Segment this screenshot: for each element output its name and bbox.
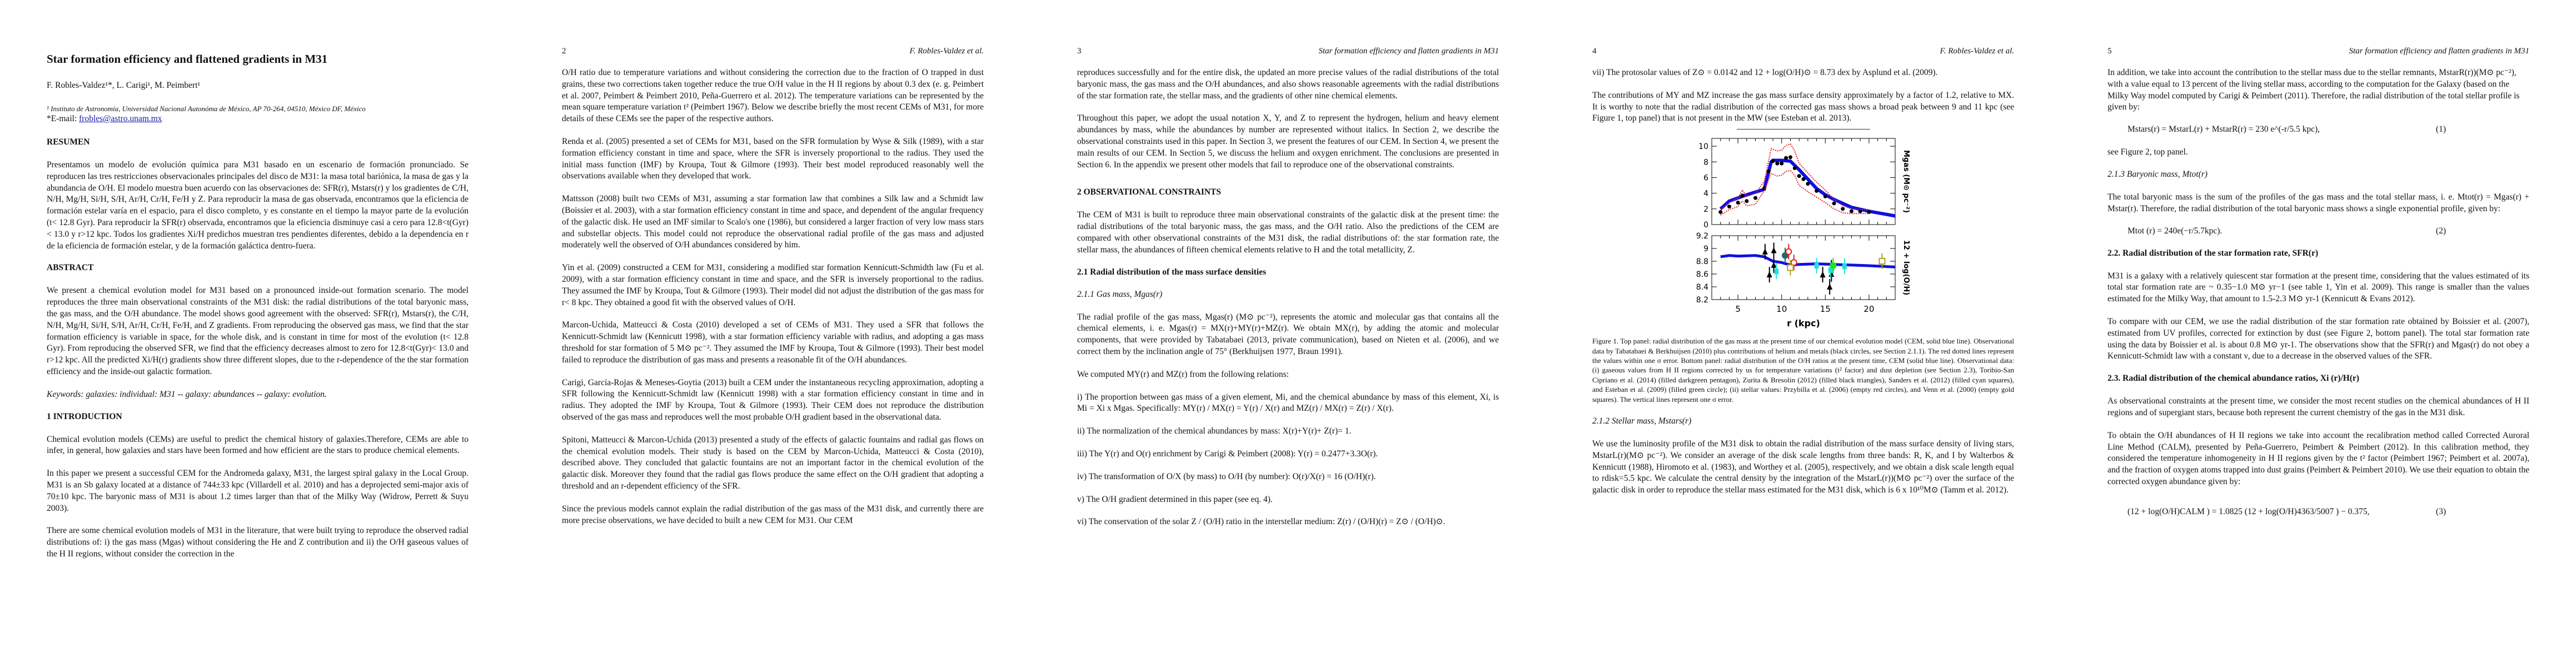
- running-title: F. Robles-Valdez et al.: [910, 47, 984, 56]
- page-number: 2: [562, 47, 566, 56]
- equation-2-number: (2): [2436, 226, 2446, 236]
- paragraph: We computed MY(r) and MZ(r) from the fol…: [1077, 369, 1499, 381]
- equation-1-body: Mstars(r) = MstarL(r) + MstarR(r) = 230 …: [2127, 125, 2320, 135]
- divider: [1737, 129, 1870, 130]
- relation-item: iv) The transformation of O/X (by mass) …: [1077, 471, 1499, 483]
- affiliation: ¹ Instituto de Astronomía, Universidad N…: [47, 104, 469, 114]
- svg-text:9.2: 9.2: [1696, 232, 1708, 241]
- paragraph: We use the luminosity profile of the M31…: [1592, 439, 2014, 496]
- page-5: 5 Star formation efficiency and flatten …: [2061, 0, 2576, 667]
- paragraph: Spitoni, Matteucci & Marcon-Uchida (2013…: [562, 435, 984, 492]
- paragraph: The radial profile of the gas mass, Mgas…: [1077, 312, 1499, 358]
- svg-text:5: 5: [1735, 304, 1741, 314]
- email-line: *E-mail: frobles@astro.unam.mx: [47, 114, 469, 124]
- page-number: 5: [2107, 47, 2112, 56]
- resumen-text: Presentamos un modelo de evolución quími…: [47, 160, 469, 252]
- running-title: Star formation efficiency and flatten gr…: [1318, 47, 1499, 56]
- page-number: 3: [1077, 47, 1082, 56]
- email-label: *E-mail:: [47, 114, 79, 123]
- paragraph: Carigi, García-Rojas & Meneses-Goytia (2…: [562, 377, 984, 424]
- paper-title: Star formation efficiency and flattened …: [47, 52, 469, 66]
- svg-text:8.2: 8.2: [1696, 296, 1708, 305]
- figure-caption: Figure 1. Top panel: radial distribution…: [1592, 336, 2014, 404]
- section-2-1-heading: 2.1 Radial distribution of the mass surf…: [1077, 267, 1499, 277]
- section-2-3-heading: 2.3. Radial distribution of the chemical…: [2107, 374, 2529, 384]
- equation-1-number: (1): [2436, 125, 2446, 135]
- paragraph: see Figure 2, top panel.: [2107, 147, 2529, 158]
- svg-text:8.4: 8.4: [1696, 283, 1708, 292]
- svg-text:0: 0: [1703, 221, 1708, 230]
- svg-text:15: 15: [1820, 304, 1830, 314]
- page-3: 3 Star formation efficiency and flatten …: [1030, 0, 1546, 667]
- email-link[interactable]: frobles@astro.unam.mx: [79, 114, 162, 123]
- page-1: Star formation efficiency and flattened …: [0, 0, 515, 667]
- running-title: F. Robles-Valdez et al.: [1940, 47, 2014, 56]
- svg-text:20: 20: [1864, 304, 1874, 314]
- running-title: Star formation efficiency and flatten gr…: [2349, 47, 2529, 56]
- paragraph: Yin et al. (2009) constructed a CEM for …: [562, 262, 984, 308]
- equation-3-number: (3): [2436, 507, 2446, 517]
- svg-text:6: 6: [1703, 174, 1708, 183]
- abstract-text: We present a chemical evolution model fo…: [47, 285, 469, 377]
- paragraph: Marcon-Uchida, Matteucci & Costa (2010) …: [562, 320, 984, 366]
- paragraph: In addition, we take into account the co…: [2107, 67, 2529, 113]
- author-list: F. Robles-Valdez¹*, L. Carigi¹, M. Peimb…: [47, 81, 469, 91]
- section-2-1-2-heading: 2.1.2 Stellar mass, Mstars(r): [1592, 416, 2014, 426]
- relation-item: i) The proportion between gas mass of a …: [1077, 392, 1499, 415]
- page-4: 4 F. Robles-Valdez et al. vii) The proto…: [1546, 0, 2061, 667]
- page-number: 4: [1592, 47, 1597, 56]
- relation-item: vi) The conservation of the solar Z / (O…: [1077, 516, 1499, 528]
- relation-item: ii) The normalization of the chemical ab…: [1077, 426, 1499, 437]
- svg-text:4: 4: [1703, 190, 1708, 198]
- equation-3-body: (12 + log(O/H)CALM ) = 1.0825 (12 + log(…: [2127, 507, 2369, 517]
- svg-text:2: 2: [1703, 205, 1708, 214]
- paragraph: M31 is a galaxy with a relatively quiesc…: [2107, 271, 2529, 305]
- relation-item: vii) The protosolar values of Z⊙ = 0.014…: [1592, 67, 2014, 79]
- equation-2: Mtot (r) = 240e(−r/5.7kpc). (2): [2107, 226, 2529, 236]
- paragraph: Renda et al. (2005) presented a set of C…: [562, 136, 984, 182]
- paragraph: The total baryonic mass is the sum of th…: [2107, 192, 2529, 215]
- paragraph: Since the previous models cannot explain…: [562, 504, 984, 527]
- section-2-heading: 2 OBSERVATIONAL CONSTRAINTS: [1077, 187, 1499, 197]
- paragraph: To obtain the O/H abundances of H II reg…: [2107, 430, 2529, 488]
- svg-text:8.8: 8.8: [1696, 257, 1708, 266]
- running-head: 4 F. Robles-Valdez et al.: [1592, 47, 2014, 56]
- resumen-heading: RESUMEN: [47, 137, 469, 147]
- paragraph: The CEM of M31 is built to reproduce thr…: [1077, 210, 1499, 256]
- svg-text:Mgas (M⊙ pc⁻²): Mgas (M⊙ pc⁻²): [1902, 150, 1910, 213]
- introduction-heading: 1 INTRODUCTION: [47, 412, 469, 422]
- section-2-1-3-heading: 2.1.3 Baryonic mass, Mtot(r): [2107, 170, 2529, 180]
- relation-item: v) The O/H gradient determined in this p…: [1077, 494, 1499, 506]
- running-head: 5 Star formation efficiency and flatten …: [2107, 47, 2529, 56]
- paragraph: The contributions of MY and MZ increase …: [1592, 90, 2014, 125]
- svg-text:r (kpc): r (kpc): [1787, 318, 1820, 328]
- paragraph: Mattsson (2008) built two CEMs of M31, a…: [562, 193, 984, 251]
- svg-text:10: 10: [1776, 304, 1787, 314]
- keywords: Keywords: galaxies: individual: M31 -- g…: [47, 389, 469, 401]
- paragraph: Chemical evolution models (CEMs) are use…: [47, 434, 469, 457]
- svg-text:8: 8: [1703, 158, 1708, 167]
- figure-1: 0246810Mgas (M⊙ pc⁻²)8.28.48.68.899.212 …: [1620, 133, 1987, 333]
- equation-2-body: Mtot (r) = 240e(−r/5.7kpc).: [2127, 226, 2222, 236]
- paragraph: Throughout this paper, we adopt the usua…: [1077, 113, 1499, 171]
- relation-item: iii) The Y(r) and O(r) enrichment by Car…: [1077, 449, 1499, 460]
- section-2-1-1-heading: 2.1.1 Gas mass, Mgas(r): [1077, 290, 1499, 300]
- paragraph: In this paper we present a successful CE…: [47, 468, 469, 514]
- svg-text:9: 9: [1703, 245, 1708, 253]
- page-2: 2 F. Robles-Valdez et al. O/H ratio due …: [515, 0, 1030, 667]
- figure-1-chart: 0246810Mgas (M⊙ pc⁻²)8.28.48.68.899.212 …: [1620, 133, 1987, 333]
- abstract-heading: ABSTRACT: [47, 263, 469, 273]
- equation-1: Mstars(r) = MstarL(r) + MstarR(r) = 230 …: [2107, 125, 2529, 135]
- paragraph: There are some chemical evolution models…: [47, 525, 469, 560]
- svg-text:12 + log(O/H): 12 + log(O/H): [1902, 240, 1910, 295]
- paragraph: O/H ratio due to temperature variations …: [562, 67, 984, 125]
- equation-3: (12 + log(O/H)CALM ) = 1.0825 (12 + log(…: [2107, 507, 2529, 517]
- svg-text:10: 10: [1698, 142, 1708, 151]
- paragraph: To compare with our CEM, we use the radi…: [2107, 316, 2529, 362]
- paragraph: reproduces successfully and for the enti…: [1077, 67, 1499, 102]
- paragraph: As observational constraints at the pres…: [2107, 396, 2529, 419]
- section-2-2-heading: 2.2. Radial distribution of the star for…: [2107, 248, 2529, 258]
- running-head: 3 Star formation efficiency and flatten …: [1077, 47, 1499, 56]
- running-head: 2 F. Robles-Valdez et al.: [562, 47, 984, 56]
- svg-text:8.6: 8.6: [1696, 270, 1708, 279]
